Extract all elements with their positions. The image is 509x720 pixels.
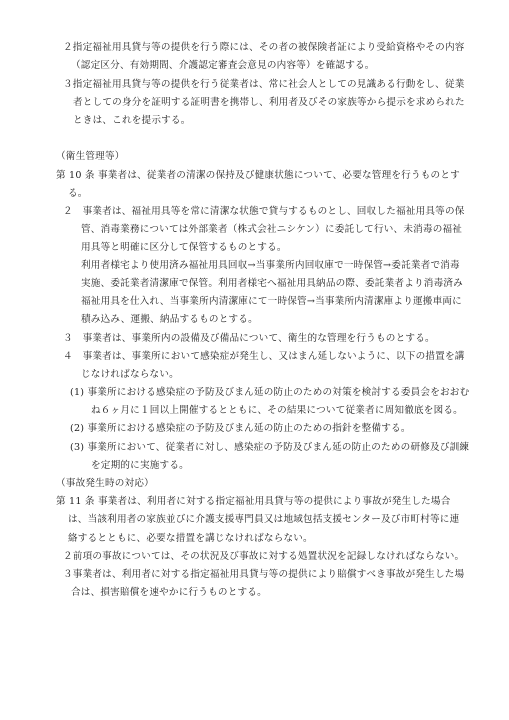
article-11-cont: 絡するとともに、必要な措置を講じなければならない。: [68, 533, 313, 545]
article-10-item-3: ３ 事業者は、事業所内の設備及び備品について、衛生的な管理を行うものとする。: [63, 333, 435, 345]
article-11-item-3-cont: 合は、損害賠償を速やかに行うものとする。: [71, 587, 267, 599]
article-10-item-2-flow: 実施、委託業者清潔庫で保管。利用者様宅へ福祉用具納品の際、委託業者より消毒済み: [81, 278, 463, 290]
article-11-item-2: ２前項の事故については、その状況及び事故に対する処置状況を記録しなければならない…: [63, 551, 464, 563]
article-10-item-2: ２ 事業者は、福祉用具等を常に清潔な状態で貸与するものとし、回収した福祉用具等の…: [63, 206, 465, 218]
article-11-heading: 第 11 条 事業者は、利用者に対する指定福祉用具貸与等の提供により事故が発生し…: [56, 496, 451, 508]
section-heading-hygiene: （衛生管理等）: [56, 151, 125, 163]
article-10-cont: る。: [68, 188, 88, 200]
document-page: ２指定福祉用具貸与等の提供を行う際には、その者の被保険者証により受給資格やその内…: [0, 0, 509, 720]
article-10-item-4-cont: じなければならない。: [81, 369, 179, 381]
article-10-subitem-3-cont: を定期的に実施する。: [91, 460, 189, 472]
article-10-item-2-flow: 利用者様宅より使用済み福祉用具回収→当事業所内回収庫で一時保管→委託業者で消毒: [81, 260, 460, 272]
article-10-subitem-3: (3) 事業所において、従業者に対し、感染症の予防及びまん延の防止のための研修及…: [70, 442, 469, 454]
article-11-cont: は、当該利用者の家族並びに介護支援専門員又は地域包括支援センター及び市町村等に連: [68, 514, 459, 526]
article-10-item-2-flow: 福祉用具を仕入れ、当事業所内清潔庫にて一時保管→当事業所内清潔庫より運搬車両に: [81, 296, 462, 308]
section-heading-accident: （事故発生時の対応）: [56, 478, 154, 490]
text-line-clause-3-cont: ときは、これを提示する。: [73, 115, 191, 127]
article-10-item-2-flow: 積み込み、運搬、納品するものとする。: [81, 314, 258, 326]
article-10-subitem-2: (2) 事業所における感染症の予防及びまん延の防止のための指針を整備する。: [70, 423, 411, 435]
text-line-clause-2: ２指定福祉用具貸与等の提供を行う際には、その者の被保険者証により受給資格やその内…: [63, 42, 465, 54]
article-11-item-3: ３事業者は、利用者に対する指定福祉用具貸与等の提供により賠償すべき事故が発生した…: [63, 569, 464, 581]
text-line-clause-2-cont: （認定区分、有効期間、介護認定審査会意見の内容等）を確認する。: [71, 60, 375, 72]
text-line-clause-3: ３指定福祉用具貸与等の提供を行う従業者は、常に社会人としての見識ある行動をし、従…: [63, 79, 465, 91]
article-10-item-2-cont: 管、消毒業務については外部業者（株式会社ニシケン）に委託して行い、未消毒の福祉: [81, 224, 462, 236]
article-10-item-2-cont: 用具等と明確に区分して保管するものとする。: [81, 242, 287, 254]
article-10-heading: 第 10 条 事業者は、従業者の清潔の保持及び健康状態について、必要な管理を行う…: [56, 170, 460, 182]
article-10-subitem-1-cont: ね６ヶ月に１回以上開催するとともに、その結果について従業者に周知徹底を図る。: [91, 405, 463, 417]
article-10-subitem-1: (1) 事業所における感染症の予防及びまん延の防止のための対策を検討する委員会を…: [70, 387, 469, 399]
text-line-clause-3-cont: 者としての身分を証明する証明書を携帯し、利用者及びその家族等から提示を求められた: [73, 97, 465, 109]
article-10-item-4: ４ 事業者は、事業所において感染症が発生し、又はまん延しないように、以下の措置を…: [63, 351, 465, 363]
